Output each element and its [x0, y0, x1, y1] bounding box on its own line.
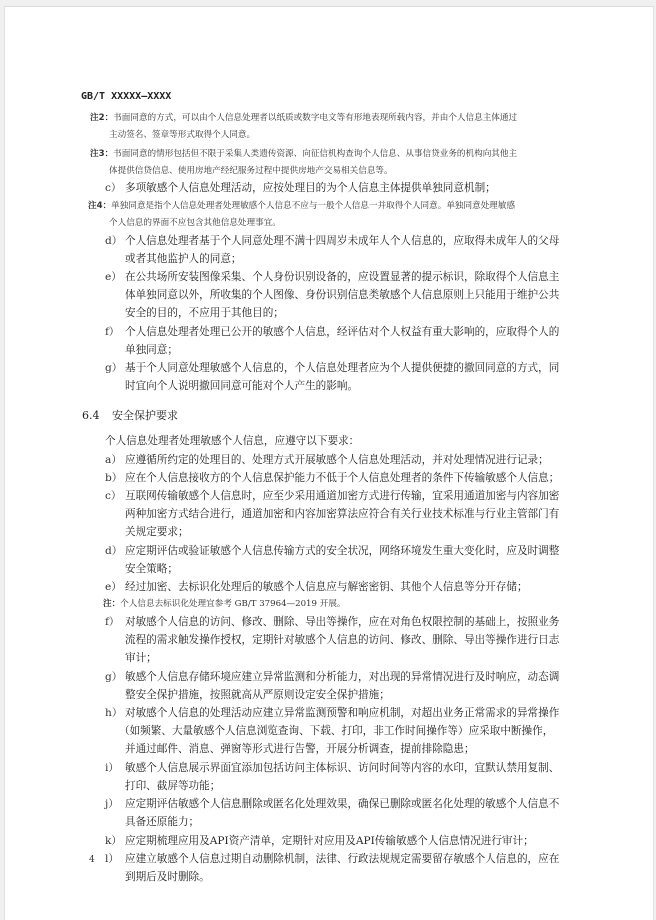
item-text: 应遵循所约定的处理目的、处理方式开展敏感个人信息处理活动，并对处理情况进行记录；	[125, 452, 549, 467]
item-text: （如频繁、大量敏感个人信息浏览查询、下载、打印，非工作时间操作等）应采取中断操作…	[119, 723, 553, 738]
item-label: j）	[105, 796, 119, 811]
section-number: 6.4	[82, 409, 112, 422]
item-text: 时宜向个人说明撤回同意可能对个人产生的影响。	[125, 378, 358, 393]
item-text: 关规定要求；	[125, 524, 189, 539]
note-label: 注4：	[88, 201, 111, 211]
item-label: h）	[105, 705, 122, 720]
section-heading: 6.4安全保护要求	[82, 407, 178, 423]
item-text: 互联网传输敏感个人信息时，应至少采用通道加密方式进行传输，宜采用通道加密与内容加…	[125, 488, 559, 503]
item-label: k）	[105, 833, 122, 848]
section-intro: 个人信息处理者处理敏感个人信息，应遵守以下要求：	[105, 433, 359, 448]
item-label: g）	[105, 669, 122, 684]
note-3: 注3：书面同意的情形包括但不限于采集人类遗传资源、向征信机构查询个人信息、从事信…	[90, 147, 517, 159]
item-text: 具备还原能力；	[125, 814, 199, 829]
item-text: 安全策略；	[125, 561, 178, 576]
item-label: f）	[105, 324, 120, 339]
item-label: b）	[105, 470, 122, 485]
item-text: 在公共场所安装图像采集、个人身份识别设备的，应设置显著的提示标识，除取得个人信息…	[125, 269, 559, 284]
note-text: 书面同意的情形包括但不限于采集人类遗传资源、向征信机构查询个人信息、从事信贷业务…	[113, 149, 517, 159]
note-text: 书面同意的方式，可以由个人信息处理者以纸质或数字电文等有形地表现所载内容，并由个…	[113, 113, 517, 123]
item-text: 应在个人信息接收方的个人信息保护能力不低于个人信息处理者的条件下传输敏感个人信息…	[125, 470, 559, 485]
item-text: 到期后及时删除。	[125, 869, 210, 884]
page-number: 4	[89, 855, 95, 865]
item-text: 多项敏感个人信息处理活动，应按处理目的为个人信息主体提供单独同意机制；	[125, 180, 496, 195]
item-label: d）	[105, 543, 122, 558]
item-text: 体单独同意以外，所收集的个人图像、身份识别信息类敏感个人信息原则上只能用于维护公…	[125, 287, 559, 302]
item-text: 流程的需求触发操作授权，定期针对敏感个人信息的访问、修改、删除、导出等操作进行日…	[125, 632, 559, 647]
note-4-cont: 个人信息的界面不应包含其他信息处理事宜。	[109, 216, 281, 228]
item-text: 经过加密、去标识化处理后的敏感个人信息应与解密密钥、其他个人信息等分开存储；	[125, 579, 528, 594]
note-text: 单独同意是指个人信息处理者处理敏感个人信息不应与一般个人信息一并取得个人同意。单…	[111, 201, 515, 211]
item-text: 并通过邮件、消息、弹窗等形式进行告警，开展分析调查，提前排除隐患；	[125, 741, 475, 756]
item-text: 对敏感个人信息的处理活动应建立异常监测预警和响应机制，对超出业务正常需求的异常操…	[125, 705, 559, 720]
item-label: e）	[105, 269, 122, 284]
section-title: 安全保护要求	[112, 409, 178, 422]
note-2: 注2：书面同意的方式，可以由个人信息处理者以纸质或数字电文等有形地表现所载内容，…	[90, 111, 517, 123]
item-text: 对敏感个人信息的访问、修改、删除、导出等操作，应在对角色权限控制的基础上，按照业…	[125, 614, 559, 629]
note-label: 注3：	[90, 149, 113, 159]
item-text: 两种加密方式结合进行，通道加密和内容加密算法应符合有关行业技术标准与行业主管部门…	[125, 506, 559, 521]
item-text: 审计；	[125, 650, 157, 665]
item-label: a）	[105, 452, 122, 467]
item-text: 整安全保护措施，按照就高从严原则设定安全保护措施；	[125, 687, 390, 702]
note-4: 注4：单独同意是指个人信息处理者处理敏感个人信息不应与一般个人信息一并取得个人同…	[88, 199, 515, 211]
note-text: 个人信息去标识化处理宜参考 GB/T 37964—2019 开展。	[120, 599, 345, 609]
item-text: 基于个人同意处理敏感个人信息的，个人信息处理者应为个人提供便捷的撤回同意的方式，…	[125, 360, 559, 375]
document-page: GB/T XXXXX—XXXX 注2：书面同意的方式，可以由个人信息处理者以纸质…	[4, 6, 654, 920]
note-label: 注2：	[90, 113, 113, 123]
item-label: d）	[105, 233, 122, 248]
item-text: 敏感个人信息展示界面宜添加包括访问主体标识、访问时间等内容的水印，宜默认禁用复制…	[125, 760, 559, 775]
item-text: 或者其他监护人的同意；	[125, 251, 242, 266]
item-text: 打印、截屏等功能；	[125, 778, 220, 793]
item-text: 应定期评估或验证敏感个人信息传输方式的安全状况，网络环境发生重大变化时，应及时调…	[125, 543, 559, 558]
item-text: 敏感个人信息存储环境应建立异常监测和分析能力，对出现的异常情况进行及时响应，动态…	[125, 669, 559, 684]
section-note: 注：个人信息去标识化处理宜参考 GB/T 37964—2019 开展。	[103, 597, 346, 609]
item-text: 应定期梳理应用及API资产清单，定期针对应用及API传输敏感个人信息情况进行审计…	[125, 833, 534, 848]
item-label: f）	[105, 614, 120, 629]
note-2-cont: 主动签名、签章等形式取得个人同意。	[109, 128, 255, 140]
item-text: 应定期评估敏感个人信息删除或匿名化处理效果，确保已删除或匿名化处理的敏感个人信息…	[125, 796, 559, 811]
standard-code: GB/T XXXXX—XXXX	[81, 91, 171, 102]
item-text: 单独同意；	[125, 342, 178, 357]
item-label: i）	[105, 760, 119, 775]
item-text: 应建立敏感个人信息过期自动删除机制，法律、行政法规规定需要留存敏感个人信息的，应…	[125, 851, 559, 866]
item-text: 个人信息处理者基于个人同意处理不满十四周岁未成年人个人信息的，应取得未成年人的父…	[125, 233, 559, 248]
item-label: g）	[105, 360, 122, 375]
item-text: 个人信息处理者处理已公开的敏感个人信息，经评估对个人权益有重大影响的，应取得个人…	[125, 324, 559, 339]
item-label: l）	[105, 851, 119, 866]
item-label: c）	[105, 180, 122, 195]
item-label: c）	[105, 488, 122, 503]
item-label: e）	[105, 579, 122, 594]
item-text: 安全的目的，不应用于其他目的；	[125, 305, 284, 320]
note-label: 注：	[103, 599, 120, 609]
note-3-cont: 体提供信贷信息、使用房地产经纪服务过程中提供房地产交易相关信息等。	[109, 164, 393, 176]
